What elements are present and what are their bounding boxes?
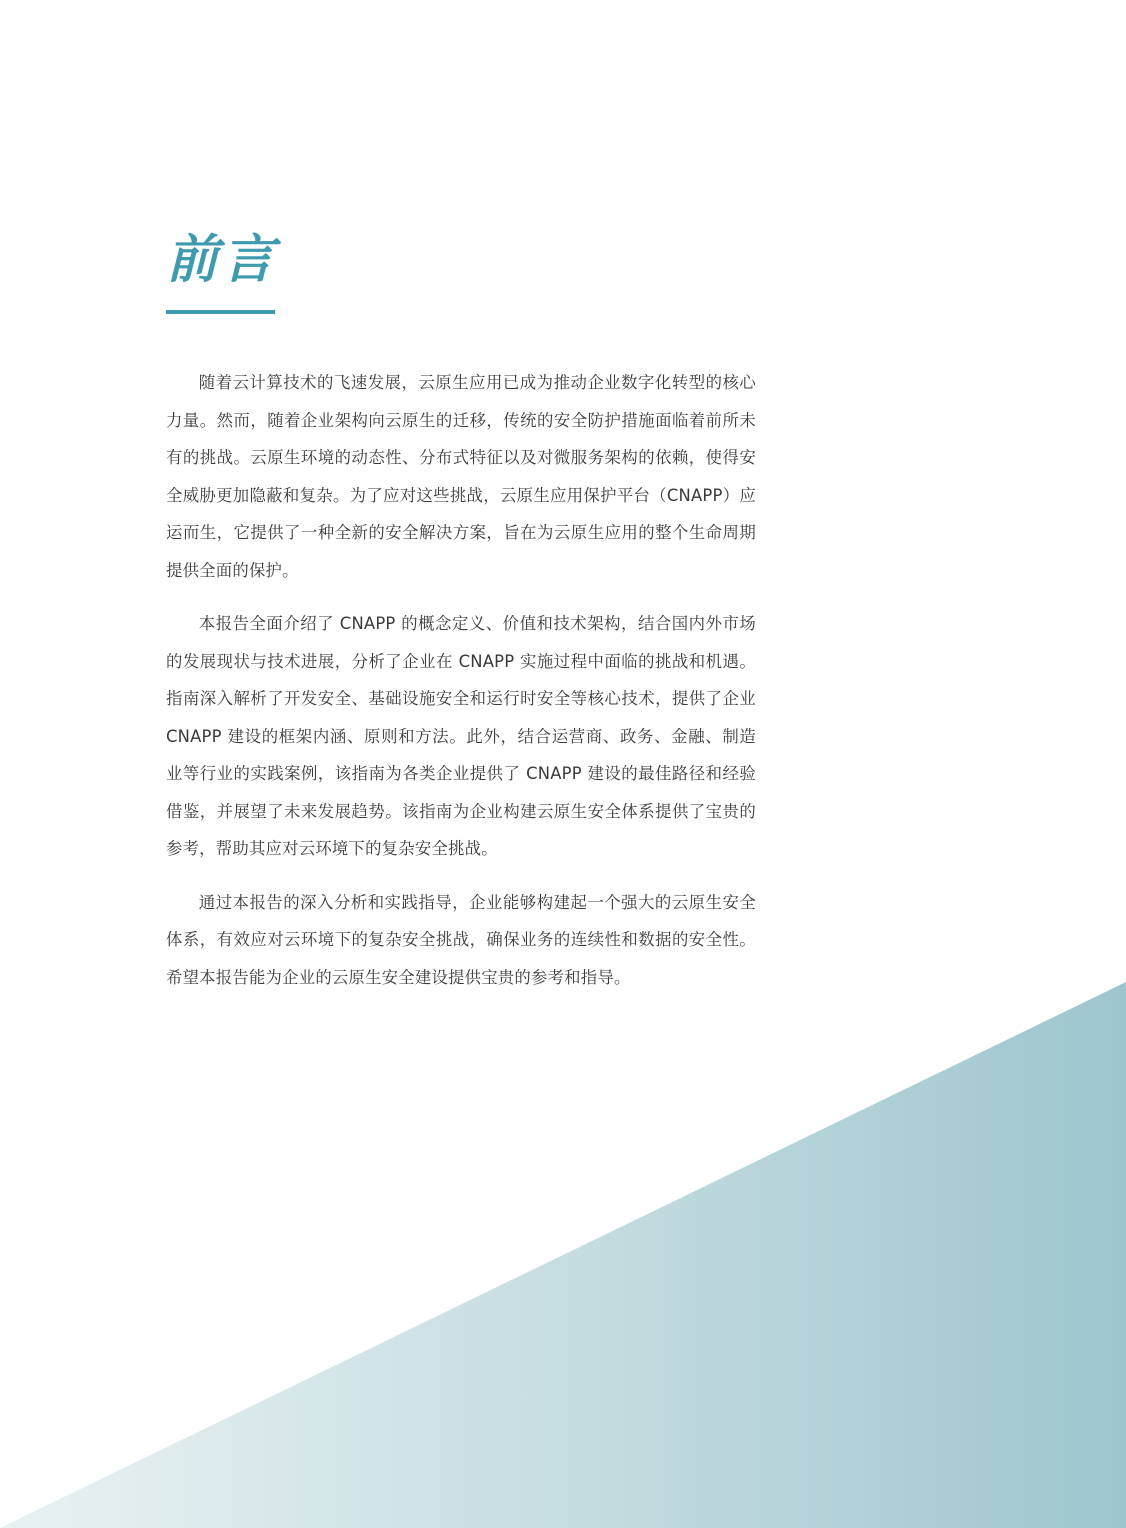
title-underline: [166, 310, 275, 314]
paragraph-3: 通过本报告的深入分析和实践指导，企业能够构建起一个强大的云原生安全体系，有效应对…: [166, 884, 756, 997]
body-content: 随着云计算技术的飞速发展，云原生应用已成为推动企业数字化转型的核心力量。然而，随…: [166, 364, 756, 1012]
page-title: 前言: [166, 228, 278, 292]
paragraph-2: 本报告全面介绍了 CNAPP 的概念定义、价值和技术架构，结合国内外市场的发展现…: [166, 605, 756, 868]
document-page: 前言 随着云计算技术的飞速发展，云原生应用已成为推动企业数字化转型的核心力量。然…: [0, 0, 1126, 1528]
paragraph-1: 随着云计算技术的飞速发展，云原生应用已成为推动企业数字化转型的核心力量。然而，随…: [166, 364, 756, 589]
title-block: 前言: [166, 228, 278, 314]
